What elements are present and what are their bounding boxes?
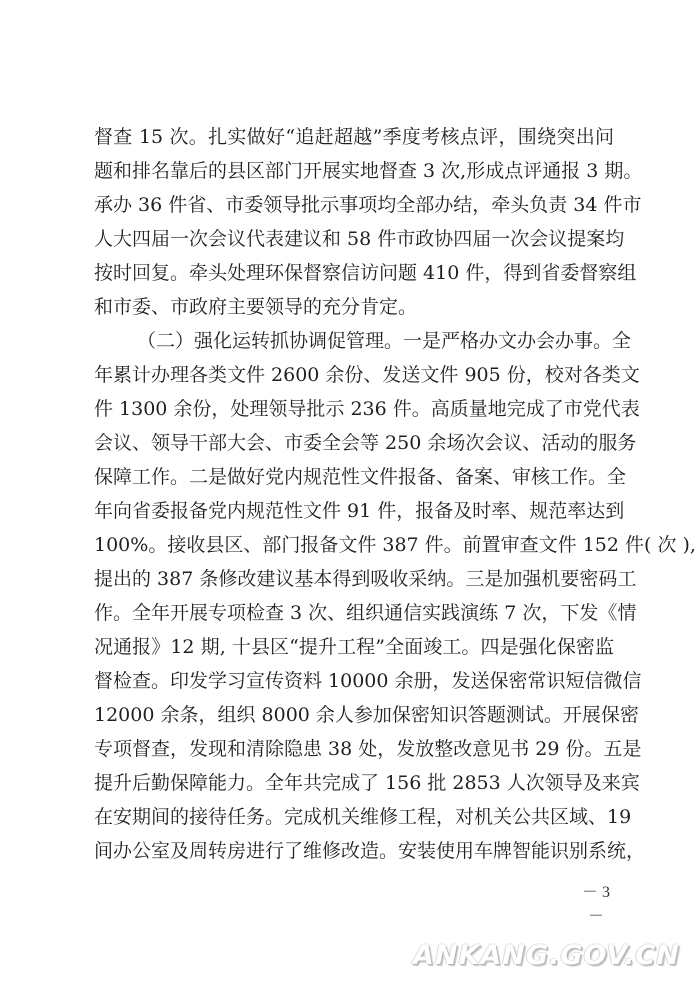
document-body: 督查 15 次。扎实做好“追赶超越”季度考核点评，围绕突出问 题和排名靠后的县区… (94, 120, 614, 868)
text-line: 间办公室及周转房进行了维修改造。安装使用车牌智能识别系统， (94, 834, 614, 868)
text-line: 保障工作。二是做好党内规范性文件报备、备案、审核工作。全 (94, 460, 614, 494)
text-line: 承办 36 件省、市委领导批示事项均全部办结，牵头负责 34 件市 (94, 188, 614, 222)
text-line: 作。全年开展专项检查 3 次、组织通信实践演练 7 次，下发《情 (94, 596, 614, 630)
text-line: 会议、领导干部大会、市委全会等 250 余场次会议、活动的服务 (94, 426, 614, 460)
text-line: 题和排名靠后的县区部门开展实地督查 3 次,形成点评通报 3 期。 (94, 154, 614, 188)
text-line: 100%。接收县区、部门报备文件 387 件。前置审查文件 152 件( 次 )… (94, 528, 614, 562)
page-number: － 3 － (576, 881, 616, 905)
text-line: 12000 余条，组织 8000 余人参加保密知识答题测试。开展保密 (94, 698, 614, 732)
text-line: 况通报》12 期, 十县区“提升工程”全面竣工。四是强化保密监 (94, 630, 614, 664)
text-line: 年向省委报备党内规范性文件 91 件，报备及时率、规范率达到 (94, 494, 614, 528)
text-line: 在安期间的接待任务。完成机关维修工程，对机关公共区域、19 (94, 800, 614, 834)
text-line: 年累计办理各类文件 2600 余份、发送文件 905 份，校对各类文 (94, 358, 614, 392)
section-heading-line: （二）强化运转抓协调促管理。一是严格办文办会办事。全 (94, 324, 614, 358)
text-line: 件 1300 余份，处理领导批示 236 件。高质量地完成了市党代表 (94, 392, 614, 426)
text-line: 提出的 387 条修改建议基本得到吸收采纳。三是加强机要密码工 (94, 562, 614, 596)
text-line: 人大四届一次会议代表建议和 58 件市政协四届一次会议提案均 (94, 222, 614, 256)
site-watermark: ANKANG.GOV.CN (413, 940, 683, 972)
text-line: 提升后勤保障能力。全年共完成了 156 批 2853 人次领导及来宾 (94, 766, 614, 800)
text-line: 和市委、市政府主要领导的充分肯定。 (94, 290, 614, 324)
section-heading: （二）强化运转抓协调促管理。 (137, 330, 403, 352)
text-line: 督查 15 次。扎实做好“追赶超越”季度考核点评，围绕突出问 (94, 120, 614, 154)
section-heading-continuation: 一是严格办文办会办事。全 (403, 330, 631, 352)
text-line: 专项督查，发现和清除隐患 38 处，发放整改意见书 29 份。五是 (94, 732, 614, 766)
document-page: 督查 15 次。扎实做好“追赶超越”季度考核点评，围绕突出问 题和排名靠后的县区… (0, 0, 700, 990)
text-line: 按时回复。牵头处理环保督察信访问题 410 件，得到省委督察组 (94, 256, 614, 290)
text-line: 督检查。印发学习宣传资料 10000 余册，发送保密常识短信微信 (94, 664, 614, 698)
